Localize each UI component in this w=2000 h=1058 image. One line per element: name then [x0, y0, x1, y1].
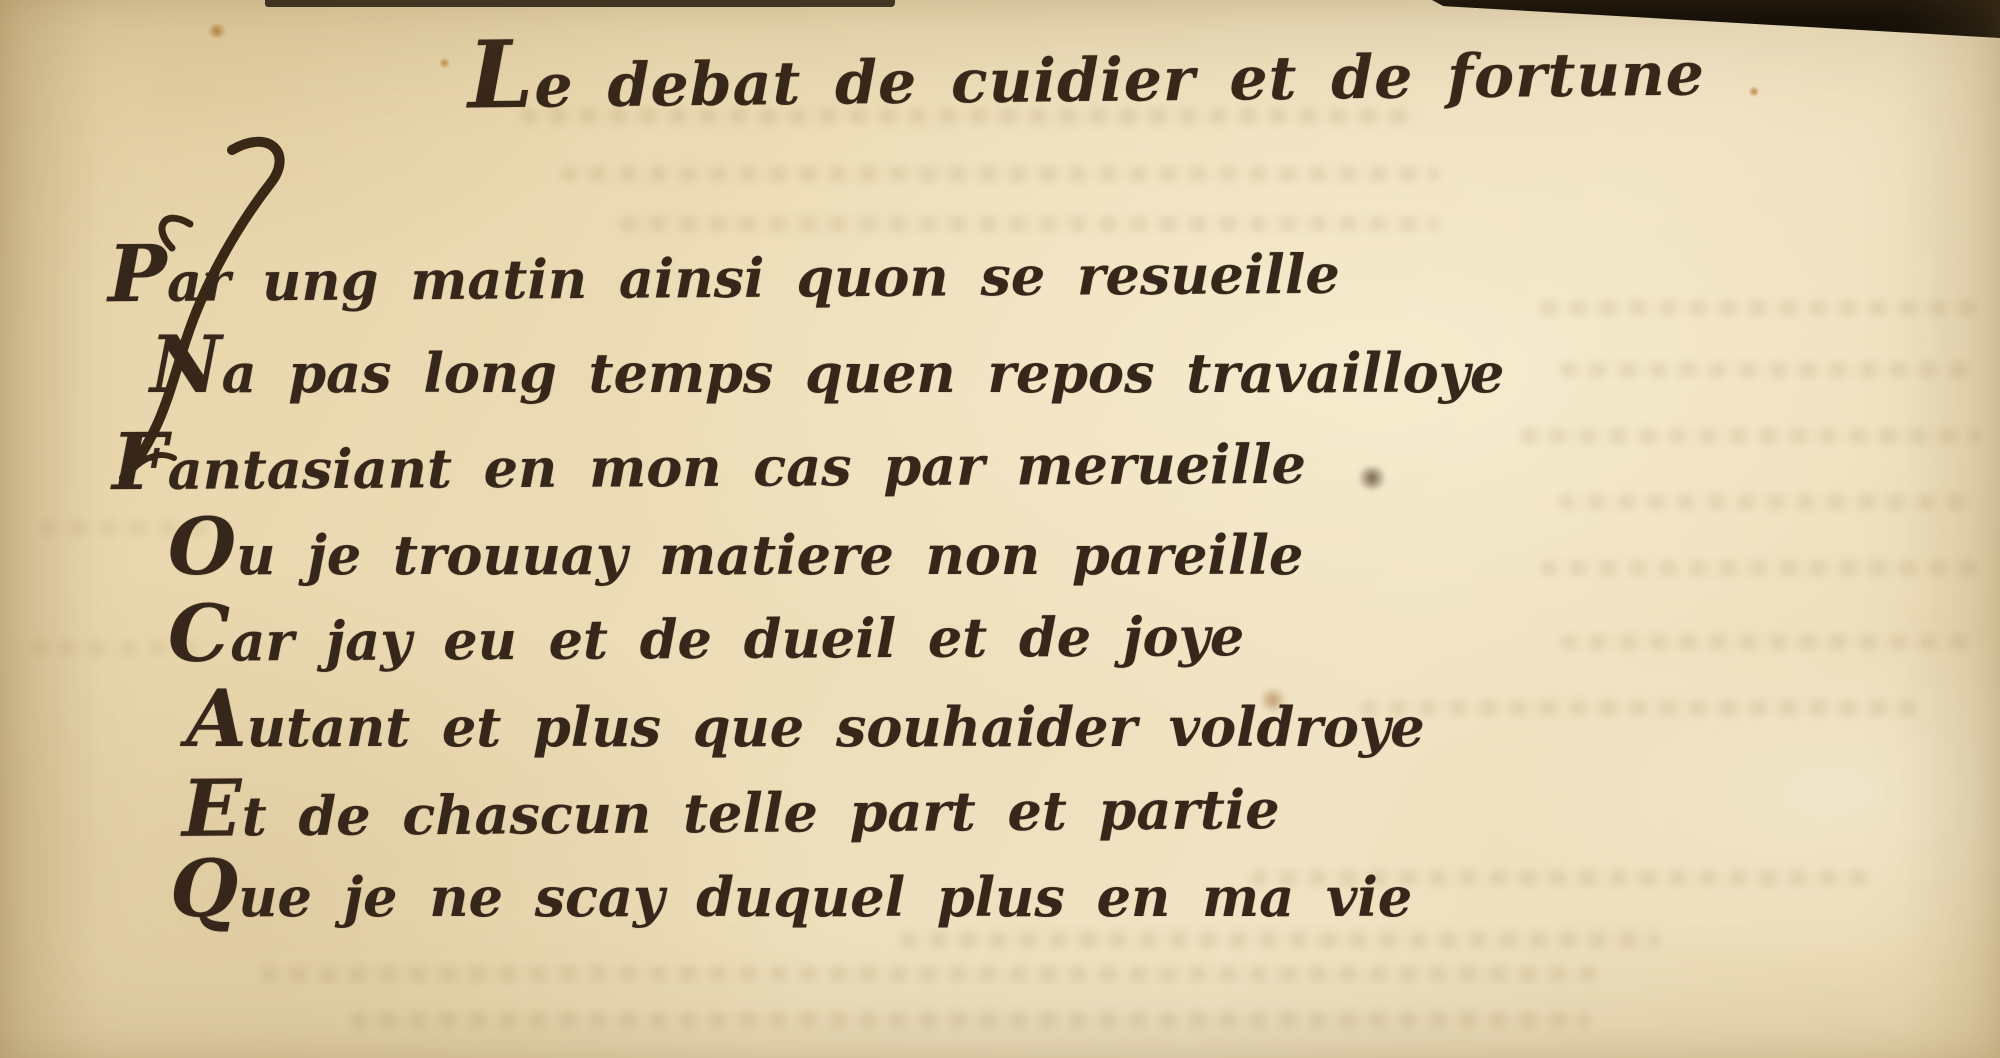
verse-line-1: Par ung matin ainsi quon se resueille	[108, 239, 1340, 310]
foxing-stain	[438, 58, 451, 68]
bleedthrough-line	[1560, 634, 1980, 650]
bleedthrough-line	[260, 966, 1600, 982]
bleedthrough-line	[1360, 700, 1920, 716]
verse-line-2: Na pas long temps quen repos travailloye	[150, 338, 1504, 400]
verse-line-3: Fantasiant en mon cas par merueille	[112, 429, 1306, 497]
verse-line-7: Et de chascun telle part et partie	[182, 774, 1280, 844]
verse-line-4: Ou je trouuay matiere non pareille	[168, 520, 1303, 582]
bleedthrough-line	[560, 166, 1440, 182]
scan-edge-strip	[265, 0, 895, 7]
bleedthrough-line	[900, 932, 1660, 948]
bleedthrough-line	[1540, 560, 1980, 576]
bleedthrough-line	[1560, 362, 1980, 378]
bleedthrough-line	[1558, 494, 1978, 510]
ink-smudge	[1356, 466, 1388, 490]
manuscript-page: Le debat de cuidier et de fortune Par un…	[0, 0, 2000, 1058]
verse-line-8: Que je ne scay duquel plus en ma vie	[170, 862, 1412, 924]
manuscript-title: Le debat de cuidier et de fortune	[468, 30, 1706, 123]
foxing-stain	[206, 24, 228, 38]
bleedthrough-line	[620, 216, 1440, 232]
bleedthrough-line	[1540, 300, 1980, 316]
verse-line-6: Autant et plus que souhaider voldroye	[186, 692, 1425, 754]
verse-line-5: Car jay eu et de dueil et de joye	[168, 601, 1245, 669]
foxing-stain	[1748, 86, 1760, 97]
bleedthrough-line	[1520, 428, 1980, 444]
bleedthrough-line	[350, 1012, 1590, 1028]
